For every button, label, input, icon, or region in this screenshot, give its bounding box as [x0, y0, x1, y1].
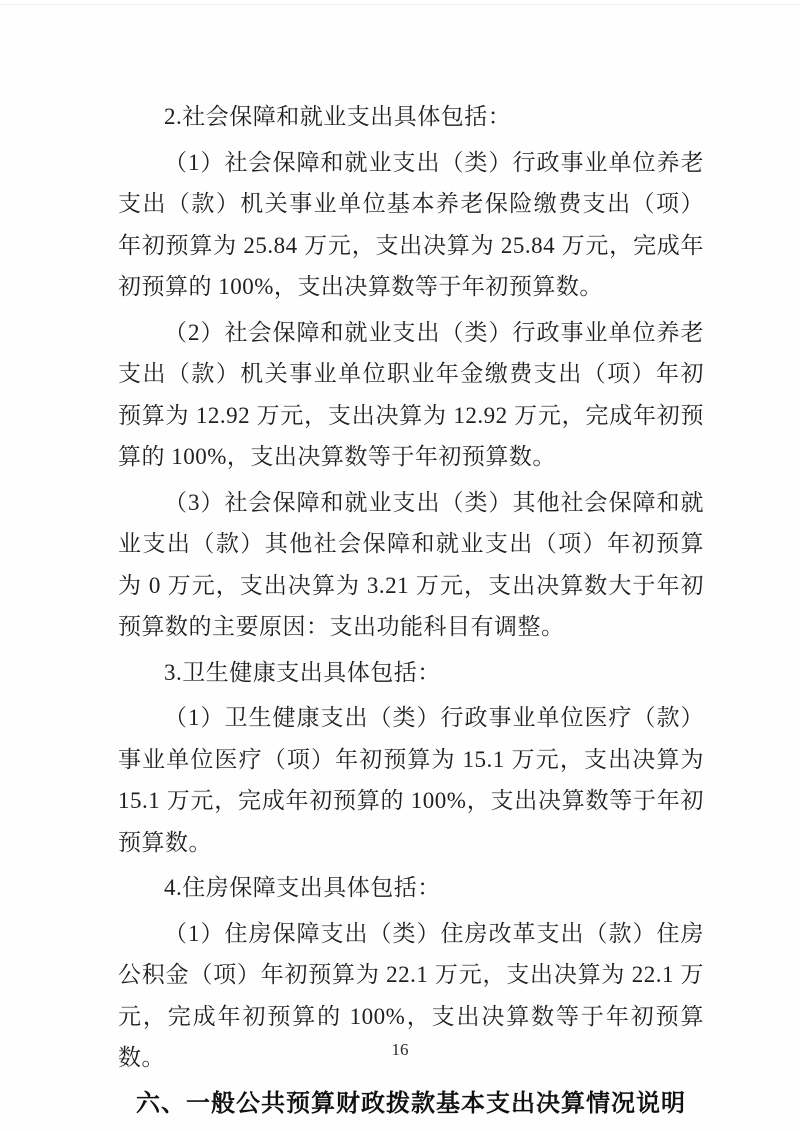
page-number: 16	[0, 1040, 800, 1060]
subheading-health: 3.卫生健康支出具体包括：	[118, 652, 704, 694]
paragraph-other-social-security: （3）社会保障和就业支出（类）其他社会保障和就业支出（款）其他社会保障和就业支出…	[118, 482, 704, 648]
document-content: 2.社会保障和就业支出具体包括： （1）社会保障和就业支出（类）行政事业单位养老…	[118, 96, 704, 1124]
paragraph-basic-pension-contribution: （1）社会保障和就业支出（类）行政事业单位养老支出（款）机关事业单位基本养老保险…	[118, 142, 704, 308]
subheading-social-security: 2.社会保障和就业支出具体包括：	[118, 96, 704, 138]
section-heading-six: 六、一般公共预算财政拨款基本支出决算情况说明	[118, 1083, 704, 1125]
paragraph-health-medical: （1）卫生健康支出（类）行政事业单位医疗（款）事业单位医疗（项）年初预算为 15…	[118, 697, 704, 863]
document-page: 2.社会保障和就业支出具体包括： （1）社会保障和就业支出（类）行政事业单位养老…	[0, 0, 800, 1131]
scan-edge-line	[0, 4, 800, 5]
paragraph-occupational-annuity-contribution: （2）社会保障和就业支出（类）行政事业单位养老支出（款）机关事业单位职业年金缴费…	[118, 312, 704, 478]
subheading-housing: 4.住房保障支出具体包括：	[118, 867, 704, 909]
